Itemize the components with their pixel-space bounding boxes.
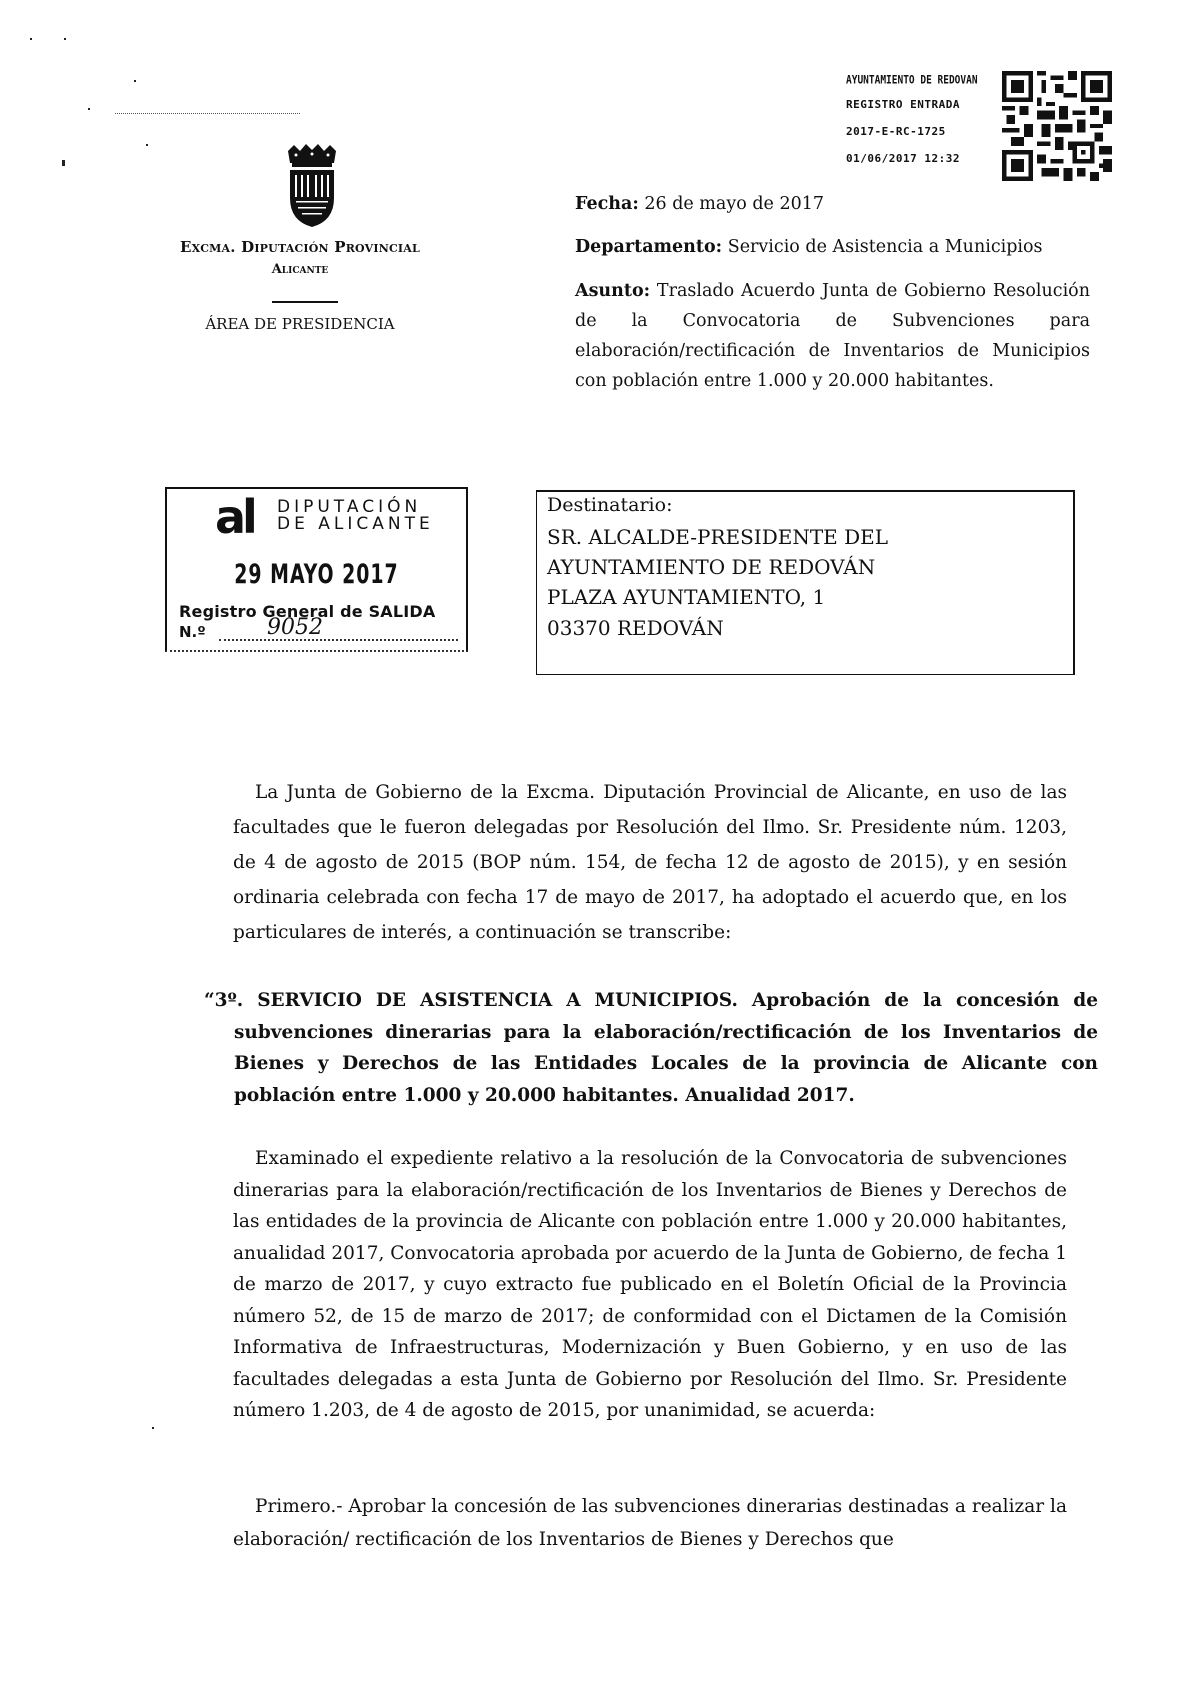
scan-speck (146, 144, 148, 146)
body-paragraph: Primero.- Aprobar la concesión de las su… (233, 1490, 1067, 1556)
stamp-org-line2: DE ALICANTE (277, 516, 434, 533)
stamp-dotted-line (219, 639, 458, 641)
department-field: Departamento: Servicio de Asistencia a M… (575, 232, 1090, 262)
scan-speck (62, 160, 65, 166)
scan-speck (134, 80, 136, 82)
stamp-number: 9052 (267, 615, 323, 640)
agreement-heading: “3º. SERVICIO DE ASISTENCIA A MUNICIPIOS… (204, 985, 1098, 1111)
recipient-box: Destinatario: SR. ALCALDE-PRESIDENTE DEL… (536, 490, 1075, 675)
recipient-address: PLAZA AYUNTAMIENTO, 1 (547, 585, 825, 609)
date-label: Fecha: (575, 194, 639, 214)
body-paragraph: Examinado el expediente relativo a la re… (233, 1143, 1067, 1427)
exit-registry-stamp: al DIPUTACIÓN DE ALICANTE 29 MAYO 2017 R… (165, 487, 468, 652)
org-city: Alicante (150, 262, 450, 277)
qr-code-icon (1002, 70, 1112, 182)
registry-entry-stamp: AYUNTAMIENTO DE REDOVAN REGISTRO ENTRADA… (846, 74, 978, 165)
stamp-date: 29 MAYO 2017 (167, 559, 466, 589)
scan-speck (30, 38, 32, 40)
scan-speck (64, 38, 66, 40)
registry-type: REGISTRO ENTRADA (846, 98, 978, 111)
registry-datetime: 01/06/2017 12:32 (846, 152, 978, 165)
department-label: Departamento: (575, 237, 722, 257)
subject-field: Asunto: Traslado Acuerdo Junta de Gobier… (575, 276, 1090, 396)
body-paragraph: La Junta de Gobierno de la Excma. Diputa… (233, 775, 1067, 950)
subject-value: Traslado Acuerdo Junta de Gobierno Resol… (575, 281, 1090, 391)
recipient-line: SR. ALCALDE-PRESIDENTE DEL (547, 525, 888, 549)
recipient-line: AYUNTAMIENTO DE REDOVÁN (547, 555, 875, 579)
stamp-org: DIPUTACIÓN DE ALICANTE (277, 499, 434, 533)
subject-label: Asunto: (575, 281, 650, 301)
recipient-postal-city: 03370 REDOVÁN (547, 616, 724, 640)
registry-office: AYUNTAMIENTO DE REDOVAN (846, 74, 978, 87)
diputacion-logo-icon: al (215, 497, 254, 537)
department-value: Servicio de Asistencia a Municipios (728, 237, 1043, 257)
recipient-label: Destinatario: (547, 494, 672, 516)
date-value: 26 de mayo de 2017 (644, 194, 824, 214)
scan-speck (88, 108, 90, 110)
scan-speck (152, 1427, 154, 1429)
divider (272, 301, 338, 303)
registry-number: 2017-E-RC-1725 (846, 125, 978, 138)
date-field: Fecha: 26 de mayo de 2017 (575, 189, 1090, 219)
coat-of-arms-icon (282, 143, 342, 228)
scan-dotted-line (115, 113, 300, 114)
org-name: Excma. Diputación Provincial (150, 238, 450, 256)
stamp-number-label: N.º (179, 623, 206, 641)
org-area: ÁREA DE PRESIDENCIA (150, 315, 450, 333)
